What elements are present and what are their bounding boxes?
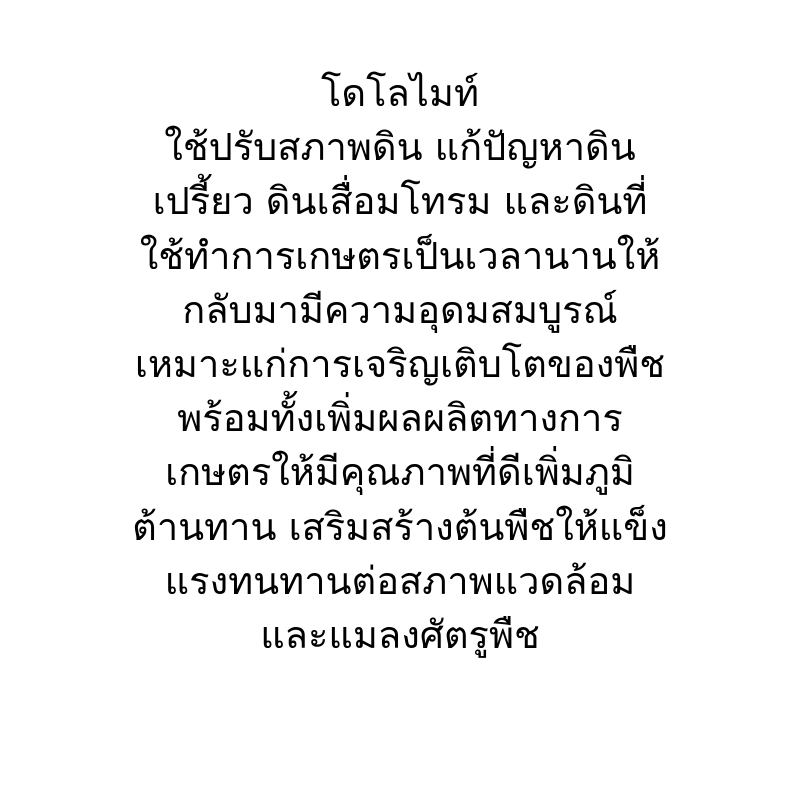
body-line-2: เปรี้ยว ดินเสื่อมโทรม และดินที่ <box>0 174 800 228</box>
body-line-6: พร้อมทั้งเพิ่มผลผลิตทางการ <box>0 391 800 445</box>
body-line-4: กลับมามีความอุดมสมบูรณ์ <box>0 283 800 337</box>
body-line-9: แรงทนทานต่อสภาพแวดล้อม <box>0 554 800 608</box>
body-line-5: เหมาะแก่การเจริญเติบโตของพืช <box>0 337 800 391</box>
body-line-8: ต้านทาน เสริมสร้างต้นพืชให้แข็ง <box>0 500 800 554</box>
body-line-7: เกษตรให้มีคุณภาพที่ดีเพิ่มภูมิ <box>0 445 800 499</box>
body-line-3: ใช้ทำการเกษตรเป็นเวลานานให้ <box>0 229 800 283</box>
heading-product-name: โดโลไมท์ <box>0 66 800 120</box>
poster-text-block: โดโลไมท์ ใช้ปรับสภาพดิน แก้ปัญหาดิน เปรี… <box>0 66 800 662</box>
body-line-10: และแมลงศัตรูพืช <box>0 608 800 662</box>
body-line-1: ใช้ปรับสภาพดิน แก้ปัญหาดิน <box>0 120 800 174</box>
